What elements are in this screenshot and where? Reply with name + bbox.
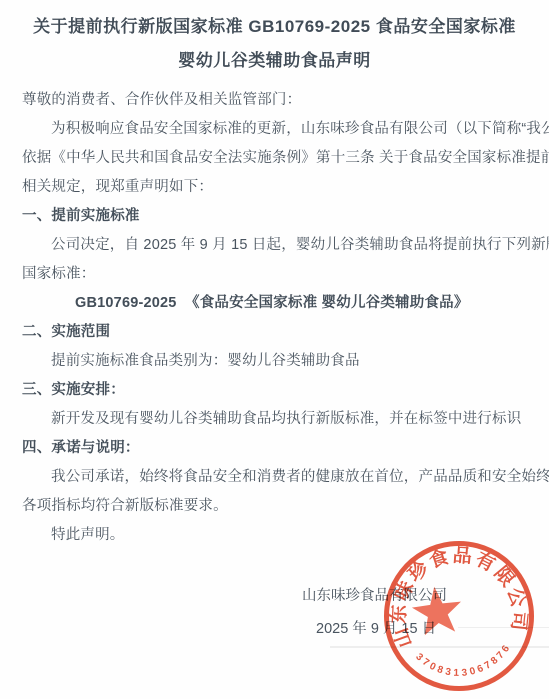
seal-company-text: 山东味珍食品有限公司 xyxy=(378,535,534,651)
seal-star-icon xyxy=(410,584,465,637)
salutation-line: 尊敬的消费者、合作伙伴及相关监管部门： xyxy=(22,86,529,115)
section-4-line-1: 我公司承诺，始终将食品安全和消费者的健康放在首位，产品品质和安全始终如一， xyxy=(22,463,529,492)
company-seal: 山东味珍食品有限公司 3708313067876 xyxy=(371,528,547,699)
section-1-line-2: 国家标准： xyxy=(22,260,529,289)
intro-paragraph-line-3: 相关规定，现郑重声明如下： xyxy=(22,173,529,202)
section-1-line-1: 公司决定，自 2025 年 9 月 15 日起，婴幼儿谷类辅助食品将提前执行下列… xyxy=(22,231,529,260)
section-4-line-2: 各项指标均符合新版标准要求。 xyxy=(22,492,529,521)
section-3-heading: 三、实施安排： xyxy=(22,376,529,405)
document-body: 尊敬的消费者、合作伙伴及相关监管部门： 为积极响应食品安全国家标准的更新，山东味… xyxy=(22,86,529,550)
section-2-line-1: 提前实施标准食品类别为：婴幼儿谷类辅助食品 xyxy=(22,347,529,376)
document-title-line1: 关于提前执行新版国家标准 GB10769-2025 食品安全国家标准 xyxy=(0,12,549,37)
section-3-line-1: 新开发及现有婴幼儿谷类辅助食品均执行新版标准，并在标签中进行标识 xyxy=(22,405,529,434)
standard-number-line: GB10769-2025 《食品安全国家标准 婴幼儿谷类辅助食品》 xyxy=(22,289,529,318)
intro-paragraph-line-1: 为积极响应食品安全国家标准的更新，山东味珍食品有限公司（以下简称“我公司”） xyxy=(22,115,529,144)
document-title-line2: 婴幼儿谷类辅助食品声明 xyxy=(0,46,549,71)
section-2-heading: 二、实施范围 xyxy=(22,318,529,347)
document-page: 关于提前执行新版国家标准 GB10769-2025 食品安全国家标准 婴幼儿谷类… xyxy=(0,0,549,699)
section-1-heading: 一、提前实施标准 xyxy=(22,202,529,231)
intro-paragraph-line-2: 依据《中华人民共和国食品安全法实施条例》第十三条 关于食品安全国家标准提前实施的 xyxy=(22,144,529,173)
section-4-heading: 四、承诺与说明： xyxy=(22,434,529,463)
